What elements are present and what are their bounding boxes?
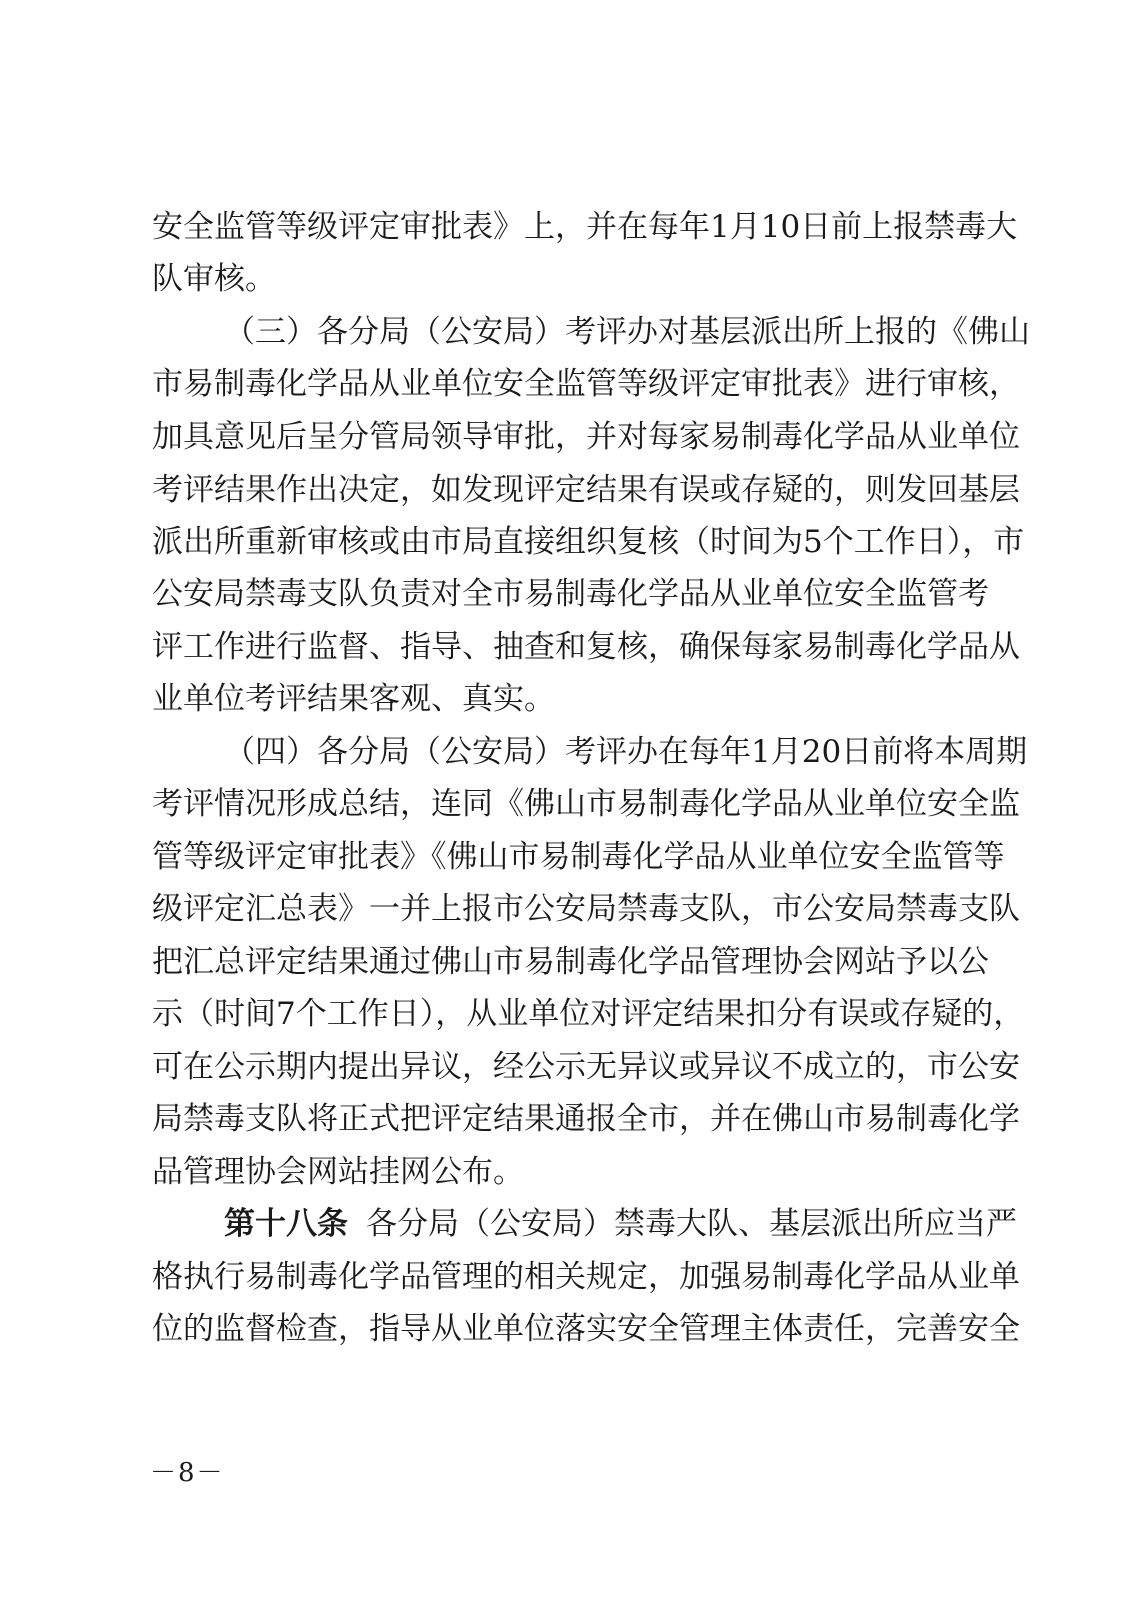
text-line: 评工作进行监督、指导、抽查和复核，确保每家易制毒化学品从 [152, 621, 974, 673]
text-line: 公安局禁毒支队负责对全市易制毒化学品从业单位安全监管考 [152, 568, 974, 620]
article-18-start: 第十八条各分局（公安局）禁毒大队、基层派出所应当严 [224, 1198, 974, 1250]
text-line: 业单位考评结果客观、真实。 [152, 673, 974, 725]
text-line: 市易制毒化学品从业单位安全监管等级评定审批表》进行审核， [152, 358, 974, 410]
text-line: 级评定汇总表》一并上报市公安局禁毒支队，市公安局禁毒支队 [152, 883, 974, 935]
text-line: 派出所重新审核或由市局直接组织复核（时间为5个工作日），市 [152, 516, 974, 568]
paragraph-4-start: （四）各分局（公安局）考评办在每年1月20日前将本周期 [224, 726, 974, 778]
text-line: 加具意见后呈分管局领导审批，并对每家易制毒化学品从业单位 [152, 411, 974, 463]
text-line: 品管理协会网站挂网公布。 [152, 1146, 974, 1198]
page-number: －8－ [150, 1452, 225, 1489]
text-line: 管等级评定审批表》《佛山市易制毒化学品从业单位安全监管等 [152, 831, 974, 883]
text-line: 各分局（公安局）禁毒大队、基层派出所应当严 [366, 1206, 1017, 1242]
article-heading: 第十八条 [224, 1206, 348, 1242]
text-line: 格执行易制毒化学品管理的相关规定，加强易制毒化学品从业单 [152, 1251, 974, 1303]
paragraph-3-start: （三）各分局（公安局）考评办对基层派出所上报的《佛山 [224, 306, 974, 358]
text-line: 可在公示期内提出异议，经公示无异议或异议不成立的，市公安 [152, 1041, 974, 1093]
text-line: 安全监管等级评定审批表》上，并在每年1月10日前上报禁毒大 [152, 201, 974, 253]
text-line: 队审核。 [152, 253, 974, 305]
text-line: 把汇总评定结果通过佛山市易制毒化学品管理协会网站予以公 [152, 936, 974, 988]
text-line: 考评情况形成总结，连同《佛山市易制毒化学品从业单位安全监 [152, 778, 974, 830]
document-page: 安全监管等级评定审批表》上，并在每年1月10日前上报禁毒大 队审核。 （三）各分… [0, 0, 1131, 1600]
text-line: 考评结果作出决定，如发现评定结果有误或存疑的，则发回基层 [152, 464, 974, 516]
text-line: 局禁毒支队将正式把评定结果通报全市，并在佛山市易制毒化学 [152, 1093, 974, 1145]
text-line: 示（时间7个工作日），从业单位对评定结果扣分有误或存疑的， [152, 988, 974, 1040]
text-line: 位的监督检查，指导从业单位落实安全管理主体责任，完善安全 [152, 1303, 974, 1355]
